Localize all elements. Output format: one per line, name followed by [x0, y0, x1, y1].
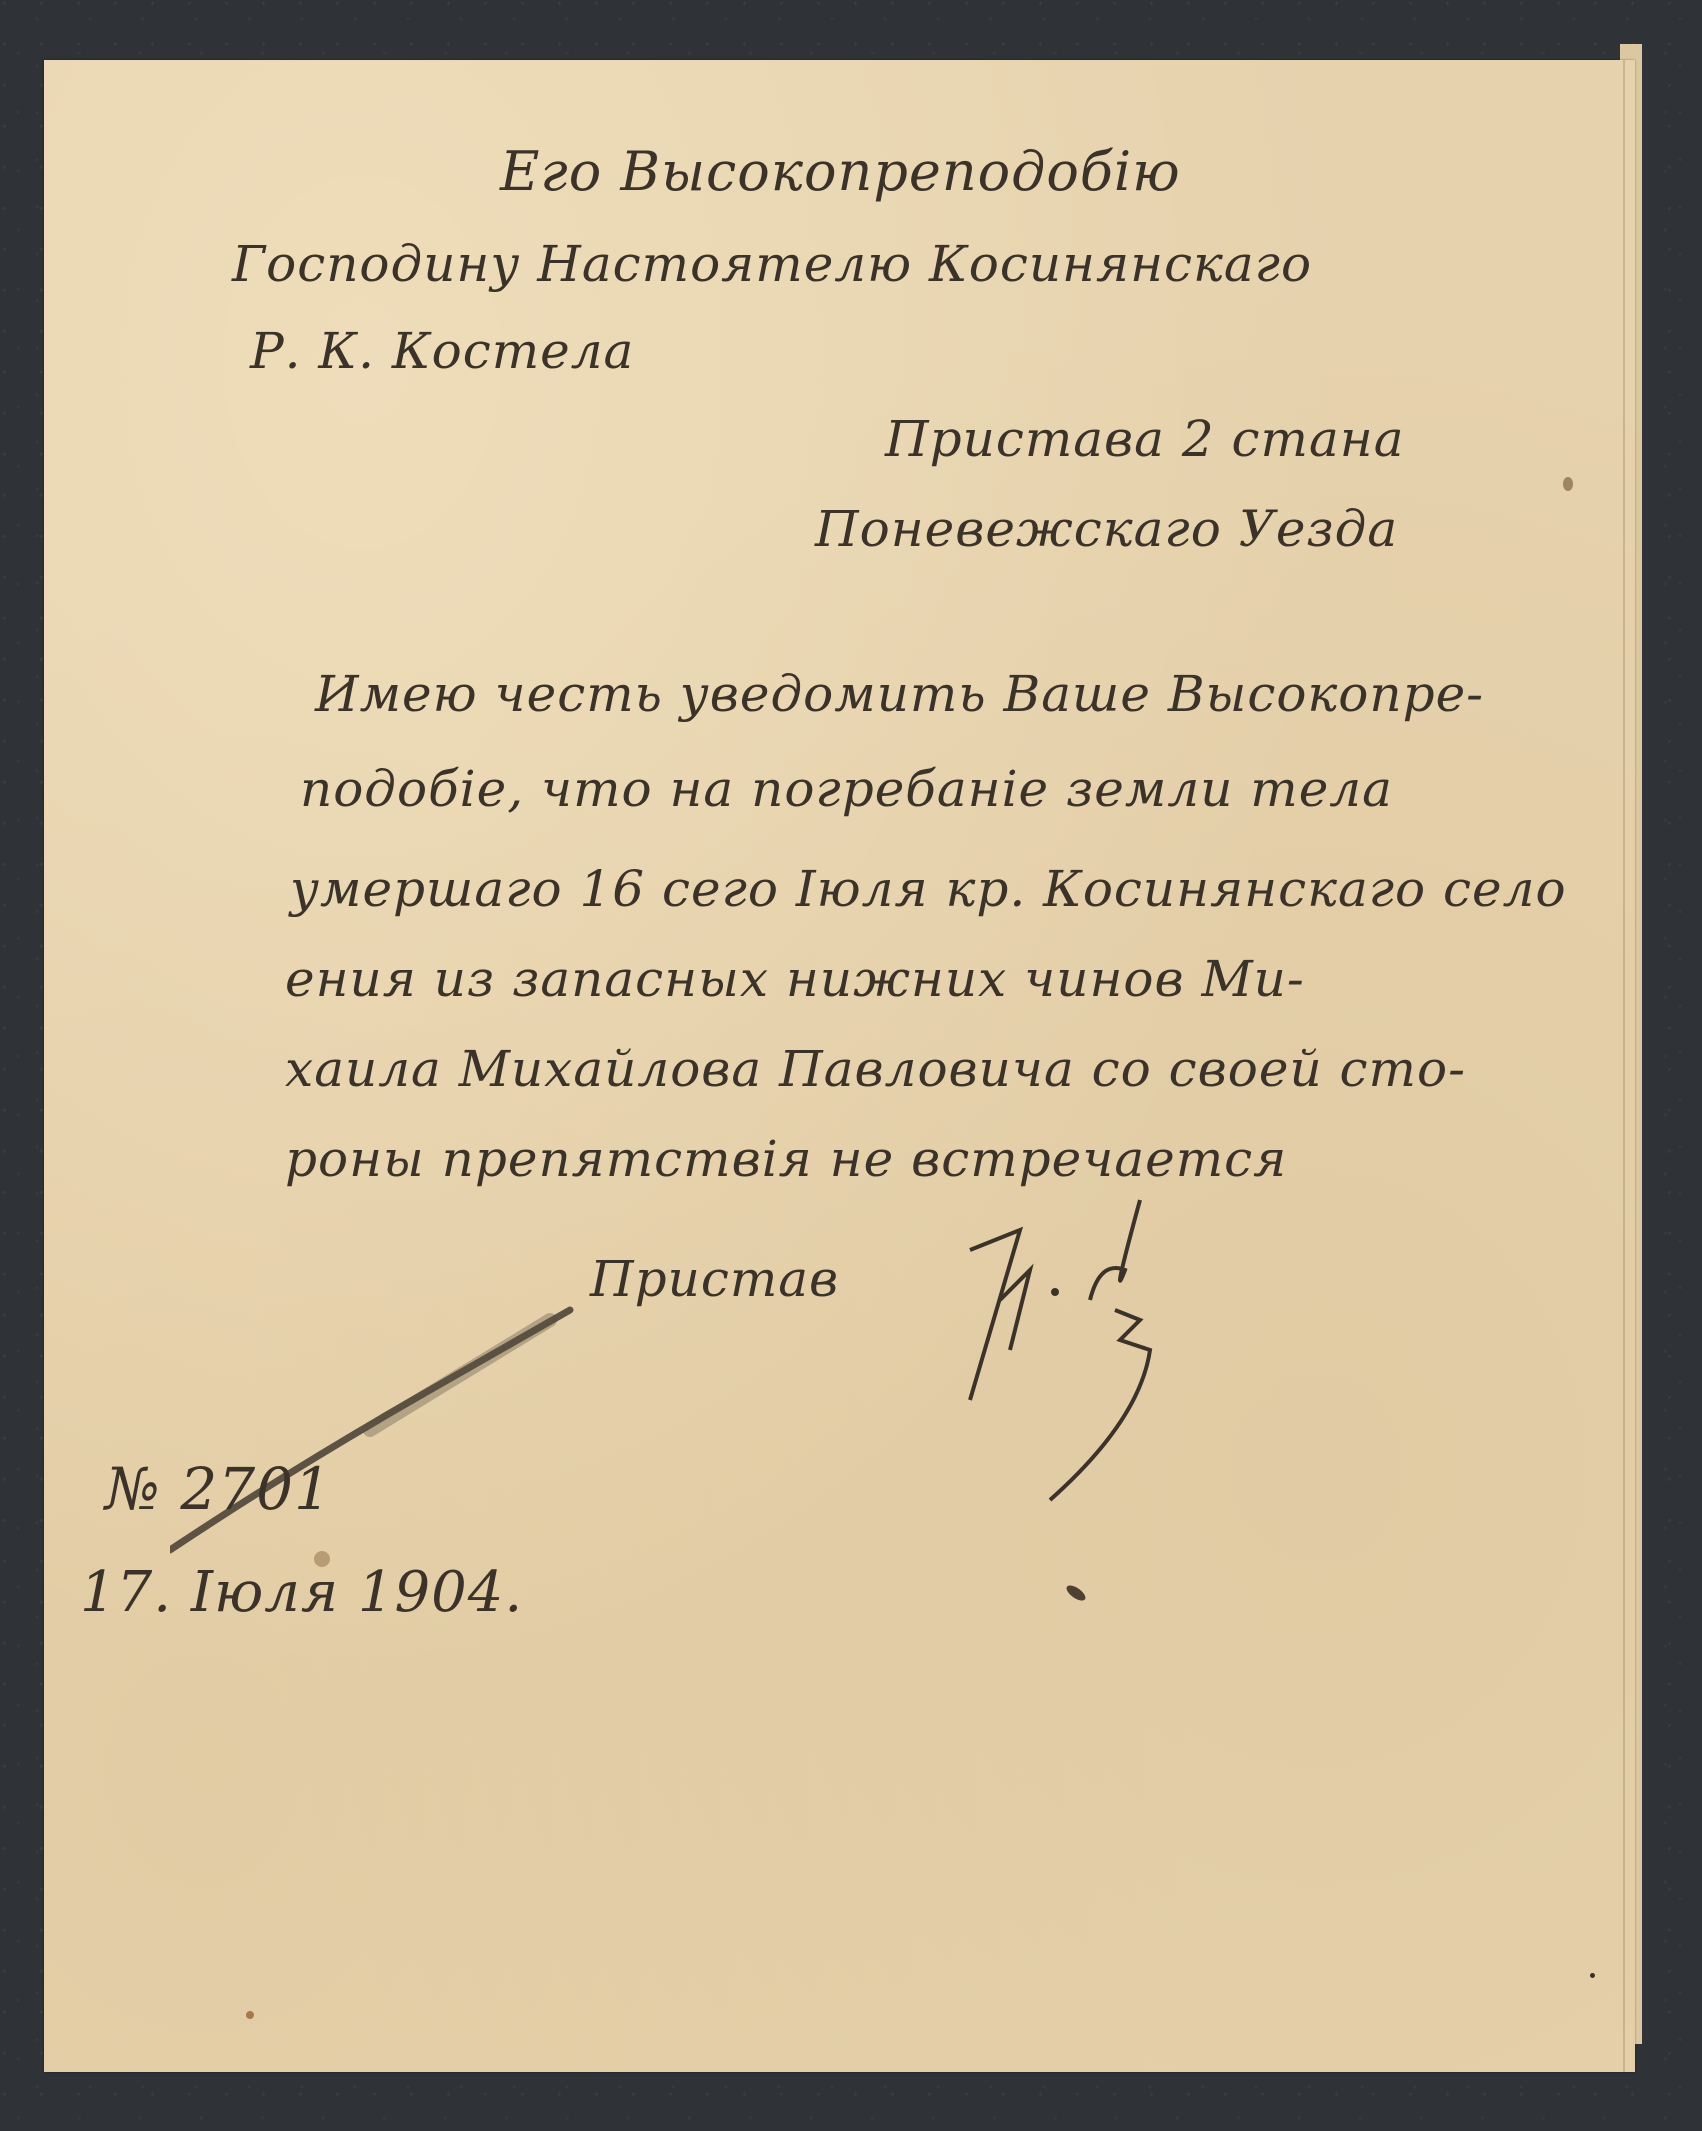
document-number: № 2701: [105, 1455, 332, 1523]
signature-mark: [940, 1180, 1200, 1520]
signature-title: Пристав: [590, 1250, 839, 1308]
paper-stain: [1590, 1973, 1595, 1978]
paper-stain: [314, 1551, 330, 1567]
paper-stain: [1563, 477, 1573, 491]
addressee-line-2: Господину Настоятелю Косинянскаго: [232, 235, 1312, 293]
addressee-line-3: Р. К. Костела: [250, 322, 634, 380]
document-date: 17. Iюля 1904.: [80, 1560, 523, 1625]
body-line: Имею честь уведомить Ваше Высокопре-: [315, 665, 1484, 723]
paper-stain: [246, 2011, 254, 2019]
sender-line-2: Поневежскаго Уезда: [815, 500, 1398, 558]
paper-fold-line: [1623, 60, 1625, 2072]
addressee-line-1: Его Высокопреподобiю: [500, 140, 1181, 203]
body-line: хаила Михайлова Павловича со своей сто-: [285, 1040, 1466, 1098]
sender-line-1: Пристава 2 стана: [885, 410, 1405, 468]
body-line: умершаго 16 сего Iюля кр. Косинянскаго с…: [290, 860, 1567, 918]
body-line: подобiе, что на погребанiе земли тела: [300, 760, 1393, 818]
body-line: ения из запасных нижних чинов Ми-: [285, 950, 1305, 1008]
